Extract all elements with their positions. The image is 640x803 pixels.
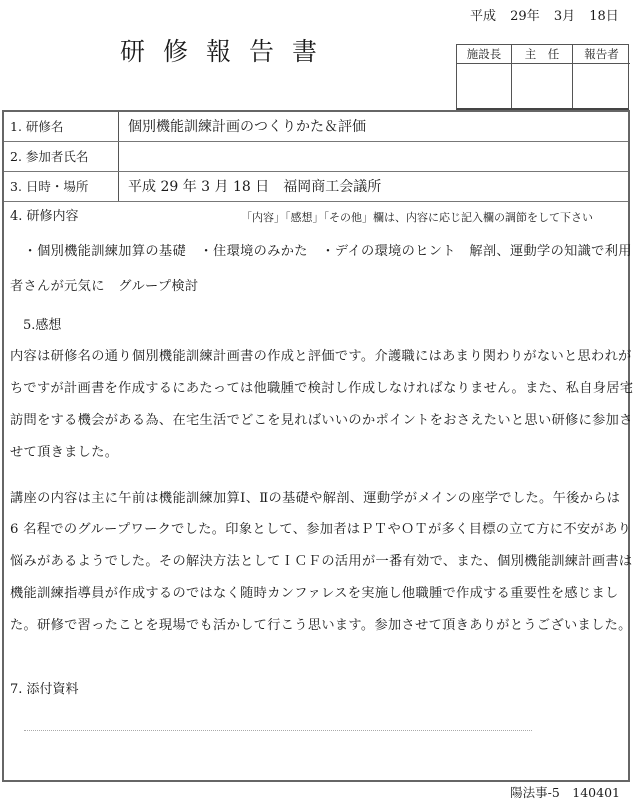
datetime-location-value[interactable]: 平成 29 年 3 月 18 日 福岡商工会議所 — [128, 172, 381, 202]
impression-p1-line-4: せて頂きました。 — [10, 444, 118, 462]
impression-p2-line-5: た。研修で習ったことを現場でも活かして行こう思います。参加させて頂きありがとうご… — [10, 617, 632, 635]
impression-p1-line-2: ちですが計画書を作成するにあたっては他職腫で検討し作成しなければなりません。また… — [10, 380, 633, 398]
stamp-header-director: 施設長 — [457, 45, 512, 64]
date-month: 3月 — [554, 9, 575, 24]
section7-heading: 7. 添付資料 — [10, 681, 79, 699]
impression-p2-line-2: 6 名程でのグループワークでした。印象として、参加者はＰＴやＯＴが多く目標の立て… — [10, 521, 631, 539]
impression-p1-line-1: 内容は研修名の通り個別機能訓練計画書の作成と評価です。介護職にはあまり関わりがな… — [10, 348, 632, 366]
impression-p2-line-1: 講座の内容は主に午前は機能訓練加算Ⅰ、Ⅱの基礎や解剖、運動学がメインの座学でした… — [10, 490, 620, 508]
impression-p2-line-3: 悩みがあるようでした。その解決方法としてＩＣＦの活用が一番有効で、また、個別機能… — [10, 553, 632, 571]
date-day: 18日 — [589, 9, 619, 24]
stamp-box-chief[interactable] — [512, 64, 573, 108]
row-training-name: 1. 研修名 個別機能訓練計画のつくりかた＆評価 — [4, 112, 628, 142]
report-date: 平成 29年 3月 18日 — [470, 5, 619, 24]
stamp-header-chief: 主 任 — [512, 45, 573, 64]
attachment-entry-line[interactable] — [24, 730, 532, 731]
training-name-label: 1. 研修名 — [4, 112, 119, 141]
document-title: 研修報告書 — [120, 32, 335, 68]
row-participant-name: 2. 参加者氏名 — [4, 142, 628, 172]
training-name-value[interactable]: 個別機能訓練計画のつくりかた＆評価 — [128, 112, 366, 142]
date-era: 平成 — [470, 9, 496, 24]
report-form: 1. 研修名 個別機能訓練計画のつくりかた＆評価 2. 参加者氏名 3. 日時・… — [2, 110, 630, 782]
approval-stamp-table: 施設長 主 任 報告者 — [456, 44, 629, 110]
section4-note: 「内容」「感想」「その他」欄は、内容に応じ記入欄の調節をして下さい — [241, 209, 593, 227]
form-code: 陽法事-5 140401 — [510, 783, 620, 801]
participant-name-label: 2. 参加者氏名 — [4, 142, 119, 171]
date-year: 29年 — [510, 9, 540, 24]
impression-p2-line-4: 機能訓練指導員が作成するのではなく随時カンファレスを実施し他職腫で作成する重要性… — [10, 585, 619, 603]
section4-heading: 4. 研修内容 — [10, 208, 79, 226]
stamp-header-reporter: 報告者 — [573, 45, 630, 64]
stamp-box-reporter[interactable] — [573, 64, 630, 108]
impression-p1-line-3: 訪問をする機会がある為、在宅生活でどこを見ればいいのかポイントをおさえたいと思い… — [10, 412, 633, 430]
section4-line-1: ・個別機能訓練加算の基礎 ・住環境のみかた ・デイの環境のヒント 解剖、運動学の… — [10, 243, 632, 261]
section4-line-2: 者さんが元気に グループ検討 — [10, 278, 198, 296]
row-datetime-location: 3. 日時・場所 平成 29 年 3 月 18 日 福岡商工会議所 — [4, 172, 628, 202]
datetime-location-label: 3. 日時・場所 — [4, 172, 119, 201]
section5-heading: 5.感想 — [10, 317, 61, 335]
stamp-box-director[interactable] — [457, 64, 512, 108]
